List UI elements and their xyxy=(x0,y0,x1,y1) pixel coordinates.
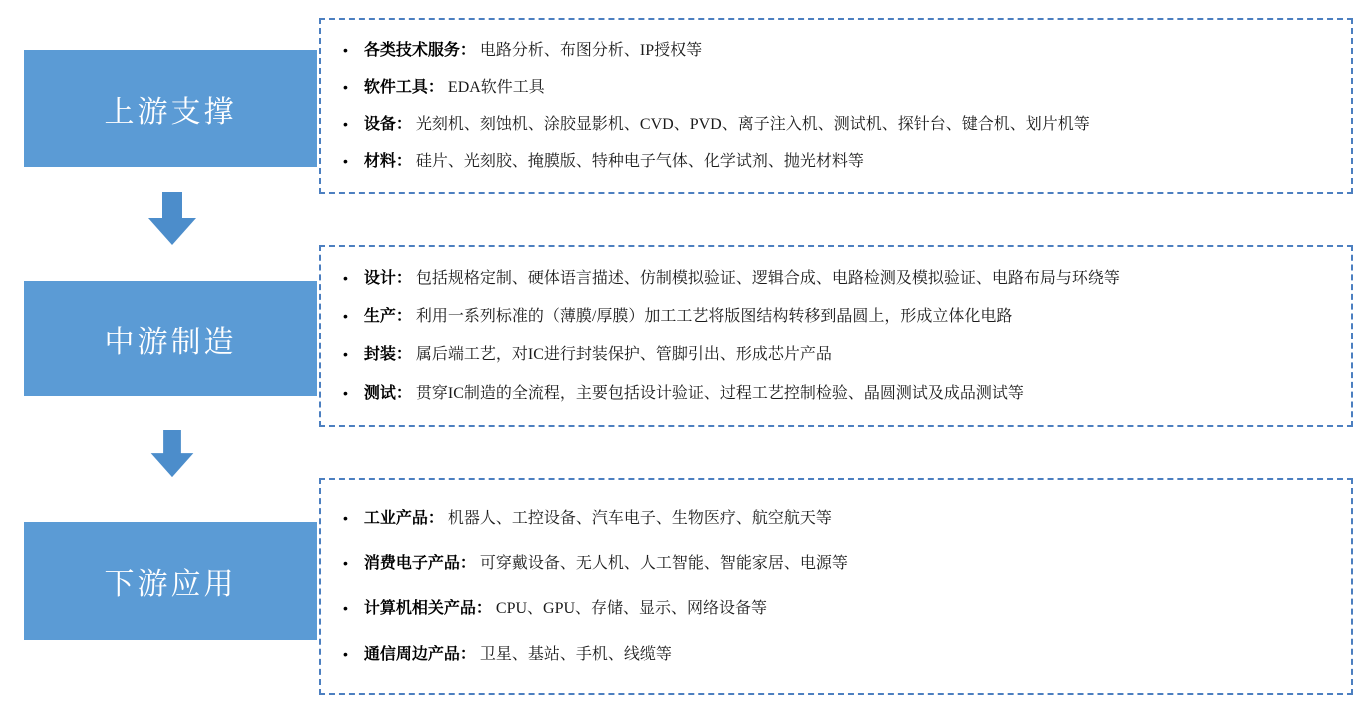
item-term: 消费电子产品： xyxy=(364,553,476,575)
downstream-details-panel: • 工业产品： 机器人、工控设备、汽车电子、生物医疗、航空航天等 • 消费电子产… xyxy=(319,478,1353,695)
stage-box-downstream: 下游应用 xyxy=(24,522,317,640)
down-arrow-icon xyxy=(147,192,197,246)
bullet-icon: • xyxy=(343,599,348,618)
bullet-icon: • xyxy=(343,645,348,664)
down-arrow-shape xyxy=(148,192,196,245)
list-item: • 消费电子产品： 可穿戴设备、无人机、人工智能、智能家居、电源等 xyxy=(335,553,1341,575)
item-desc: 属后端工艺，对IC进行封装保护、管脚引出、形成芯片产品 xyxy=(416,344,832,366)
list-item: • 设计： 包括规格定制、硬体语言描述、仿制模拟验证、逻辑合成、电路检测及模拟验… xyxy=(335,268,1341,290)
list-item: • 通信周边产品： 卫星、基站、手机、线缆等 xyxy=(335,644,1341,666)
item-term: 测试： xyxy=(364,383,412,405)
stage-box-upstream: 上游支撑 xyxy=(24,50,317,167)
list-item: • 计算机相关产品： CPU、GPU、存储、显示、网络设备等 xyxy=(335,598,1341,620)
stage-label: 上游支撑 xyxy=(105,87,237,131)
item-term: 设计： xyxy=(364,268,412,290)
down-arrow-icon xyxy=(147,430,197,478)
bullet-icon: • xyxy=(343,269,348,288)
list-item: • 生产： 利用一系列标准的（薄膜/厚膜）加工工艺将版图结构转移到晶圆上，形成立… xyxy=(335,306,1341,328)
bullet-icon: • xyxy=(343,152,348,171)
bullet-icon: • xyxy=(343,115,348,134)
item-desc: 利用一系列标准的（薄膜/厚膜）加工工艺将版图结构转移到晶圆上，形成立体化电路 xyxy=(416,306,1012,328)
item-term: 材料： xyxy=(364,151,412,173)
item-desc: 电路分析、布图分析、IP授权等 xyxy=(480,40,702,62)
list-item: • 设备： 光刻机、刻蚀机、涂胶显影机、CVD、PVD、离子注入机、测试机、探针… xyxy=(335,114,1341,136)
bullet-icon: • xyxy=(343,307,348,326)
industry-chain-diagram: 上游支撑 • 各类技术服务： 电路分析、布图分析、IP授权等 • 软件工具： E… xyxy=(0,0,1368,720)
item-desc: EDA软件工具 xyxy=(448,77,545,99)
item-term: 封装： xyxy=(364,344,412,366)
item-desc: CPU、GPU、存储、显示、网络设备等 xyxy=(496,598,767,620)
item-desc: 可穿戴设备、无人机、人工智能、智能家居、电源等 xyxy=(480,553,848,575)
item-term: 通信周边产品： xyxy=(364,644,476,666)
bullet-icon: • xyxy=(343,41,348,60)
list-item: • 材料： 硅片、光刻胶、掩膜版、特种电子气体、化学试剂、抛光材料等 xyxy=(335,151,1341,173)
bullet-icon: • xyxy=(343,345,348,364)
item-term: 软件工具： xyxy=(364,77,444,99)
stage-label: 下游应用 xyxy=(105,559,237,603)
down-arrow-shape xyxy=(151,430,194,477)
stage-box-midstream: 中游制造 xyxy=(24,281,317,396)
upstream-details-panel: • 各类技术服务： 电路分析、布图分析、IP授权等 • 软件工具： EDA软件工… xyxy=(319,18,1353,194)
stage-label: 中游制造 xyxy=(105,317,237,361)
list-item: • 测试： 贯穿IC制造的全流程，主要包括设计验证、过程工艺控制检验、晶圆测试及… xyxy=(335,383,1341,405)
bullet-icon: • xyxy=(343,554,348,573)
list-item: • 软件工具： EDA软件工具 xyxy=(335,77,1341,99)
item-term: 设备： xyxy=(364,114,412,136)
item-desc: 光刻机、刻蚀机、涂胶显影机、CVD、PVD、离子注入机、测试机、探针台、键合机、… xyxy=(416,114,1090,136)
midstream-details-panel: • 设计： 包括规格定制、硬体语言描述、仿制模拟验证、逻辑合成、电路检测及模拟验… xyxy=(319,245,1353,427)
item-desc: 硅片、光刻胶、掩膜版、特种电子气体、化学试剂、抛光材料等 xyxy=(416,151,864,173)
item-term: 工业产品： xyxy=(364,508,444,530)
bullet-icon: • xyxy=(343,384,348,403)
list-item: • 工业产品： 机器人、工控设备、汽车电子、生物医疗、航空航天等 xyxy=(335,508,1341,530)
item-term: 各类技术服务： xyxy=(364,40,476,62)
bullet-icon: • xyxy=(343,78,348,97)
item-desc: 包括规格定制、硬体语言描述、仿制模拟验证、逻辑合成、电路检测及模拟验证、电路布局… xyxy=(416,268,1120,290)
list-item: • 封装： 属后端工艺，对IC进行封装保护、管脚引出、形成芯片产品 xyxy=(335,344,1341,366)
list-item: • 各类技术服务： 电路分析、布图分析、IP授权等 xyxy=(335,40,1341,62)
item-term: 生产： xyxy=(364,306,412,328)
item-desc: 贯穿IC制造的全流程，主要包括设计验证、过程工艺控制检验、晶圆测试及成品测试等 xyxy=(416,383,1024,405)
bullet-icon: • xyxy=(343,509,348,528)
item-desc: 卫星、基站、手机、线缆等 xyxy=(480,644,672,666)
item-term: 计算机相关产品： xyxy=(364,598,492,620)
item-desc: 机器人、工控设备、汽车电子、生物医疗、航空航天等 xyxy=(448,508,832,530)
